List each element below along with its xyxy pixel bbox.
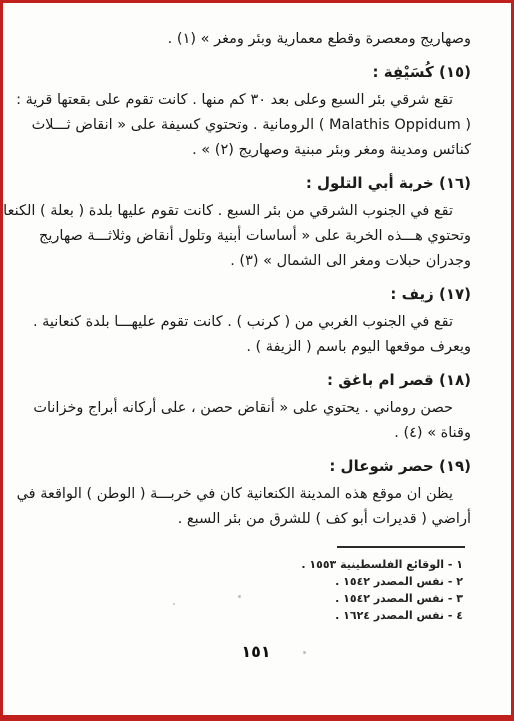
footnote-item: ٤ - نفس المصدر ١٦٢٤ . [41,607,471,624]
page-content: وصهاريج ومعصرة وقطع معمارية وبئر ومغر » … [3,3,511,661]
scan-speck [303,651,306,654]
section-16: (١٦) خربة أبي التلول : تقع في الجنوب الش… [41,171,471,274]
paragraph-line: أراضي ( قديرات أبو كف ) للشرق من بئر الس… [41,507,471,532]
paragraph-line: حصن روماني . يحتوي على « أنقاض حصن ، على… [41,396,471,421]
section-18: (١٨) قصر ام باغق : حصن روماني . يحتوي عل… [41,368,471,446]
section-15: (١٥) كُسَيْفِة : تقع شرقي بئر السبع وعلى… [41,60,471,163]
paragraph-line: وتحتوي هـــذه الخربة على « أساسات أبنية … [41,224,471,249]
section-heading: (١٥) كُسَيْفِة : [41,60,471,85]
section-heading: (١٧) زيف : [41,282,471,307]
paragraph-line: ( Malathis Oppidum ) الرومانية . وتحتوي … [41,113,471,138]
footnote-item: ٢ - نفس المصدر ١٥٤٢ . [41,573,471,590]
footnote-item: ٣ - نفس المصدر ١٥٤٢ . [41,590,471,607]
section-17: (١٧) زيف : تقع في الجنوب الغربي من ( كرن… [41,282,471,360]
section-heading: (١٨) قصر ام باغق : [41,368,471,393]
footnote-separator [337,546,465,548]
paragraph-line: يظن ان موقع هذه المدينة الكنعانية كان في… [41,482,471,507]
paragraph-line: وقناة » (٤) . [41,421,471,446]
footnote-item: ١ - الوقائع الفلسطينية ١٥٥٣ . [41,556,471,573]
scan-speck [173,603,175,605]
continuation-line: وصهاريج ومعصرة وقطع معمارية وبئر ومغر » … [41,27,471,52]
scan-speck [238,595,241,598]
section-heading: (١٩) حصر شوعال : [41,454,471,479]
paragraph-line: تقع في الجنوب الشرقي من بئر السبع . كانت… [41,199,471,224]
paragraph-line: وجدران حبلات ومغر الى الشمال » (٣) . [41,249,471,274]
paragraph-line: كنائس ومدينة ومغر وبئر مبنية وصهاريج (٢)… [41,138,471,163]
paragraph-line: تقع شرقي بئر السبع وعلى بعد ٣٠ كم منها .… [41,88,471,113]
footnotes: ١ - الوقائع الفلسطينية ١٥٥٣ . ٢ - نفس ال… [41,556,471,624]
scanned-book-page: وصهاريج ومعصرة وقطع معمارية وبئر ومغر » … [0,0,514,721]
page-number: ١٥١ [41,642,471,661]
paragraph-line: تقع في الجنوب الغربي من ( كرنب ) . كانت … [41,310,471,335]
paragraph-line: ويعرف موقعها اليوم باسم ( الزيفة ) . [41,335,471,360]
section-heading: (١٦) خربة أبي التلول : [41,171,471,196]
section-19: (١٩) حصر شوعال : يظن ان موقع هذه المدينة… [41,454,471,532]
